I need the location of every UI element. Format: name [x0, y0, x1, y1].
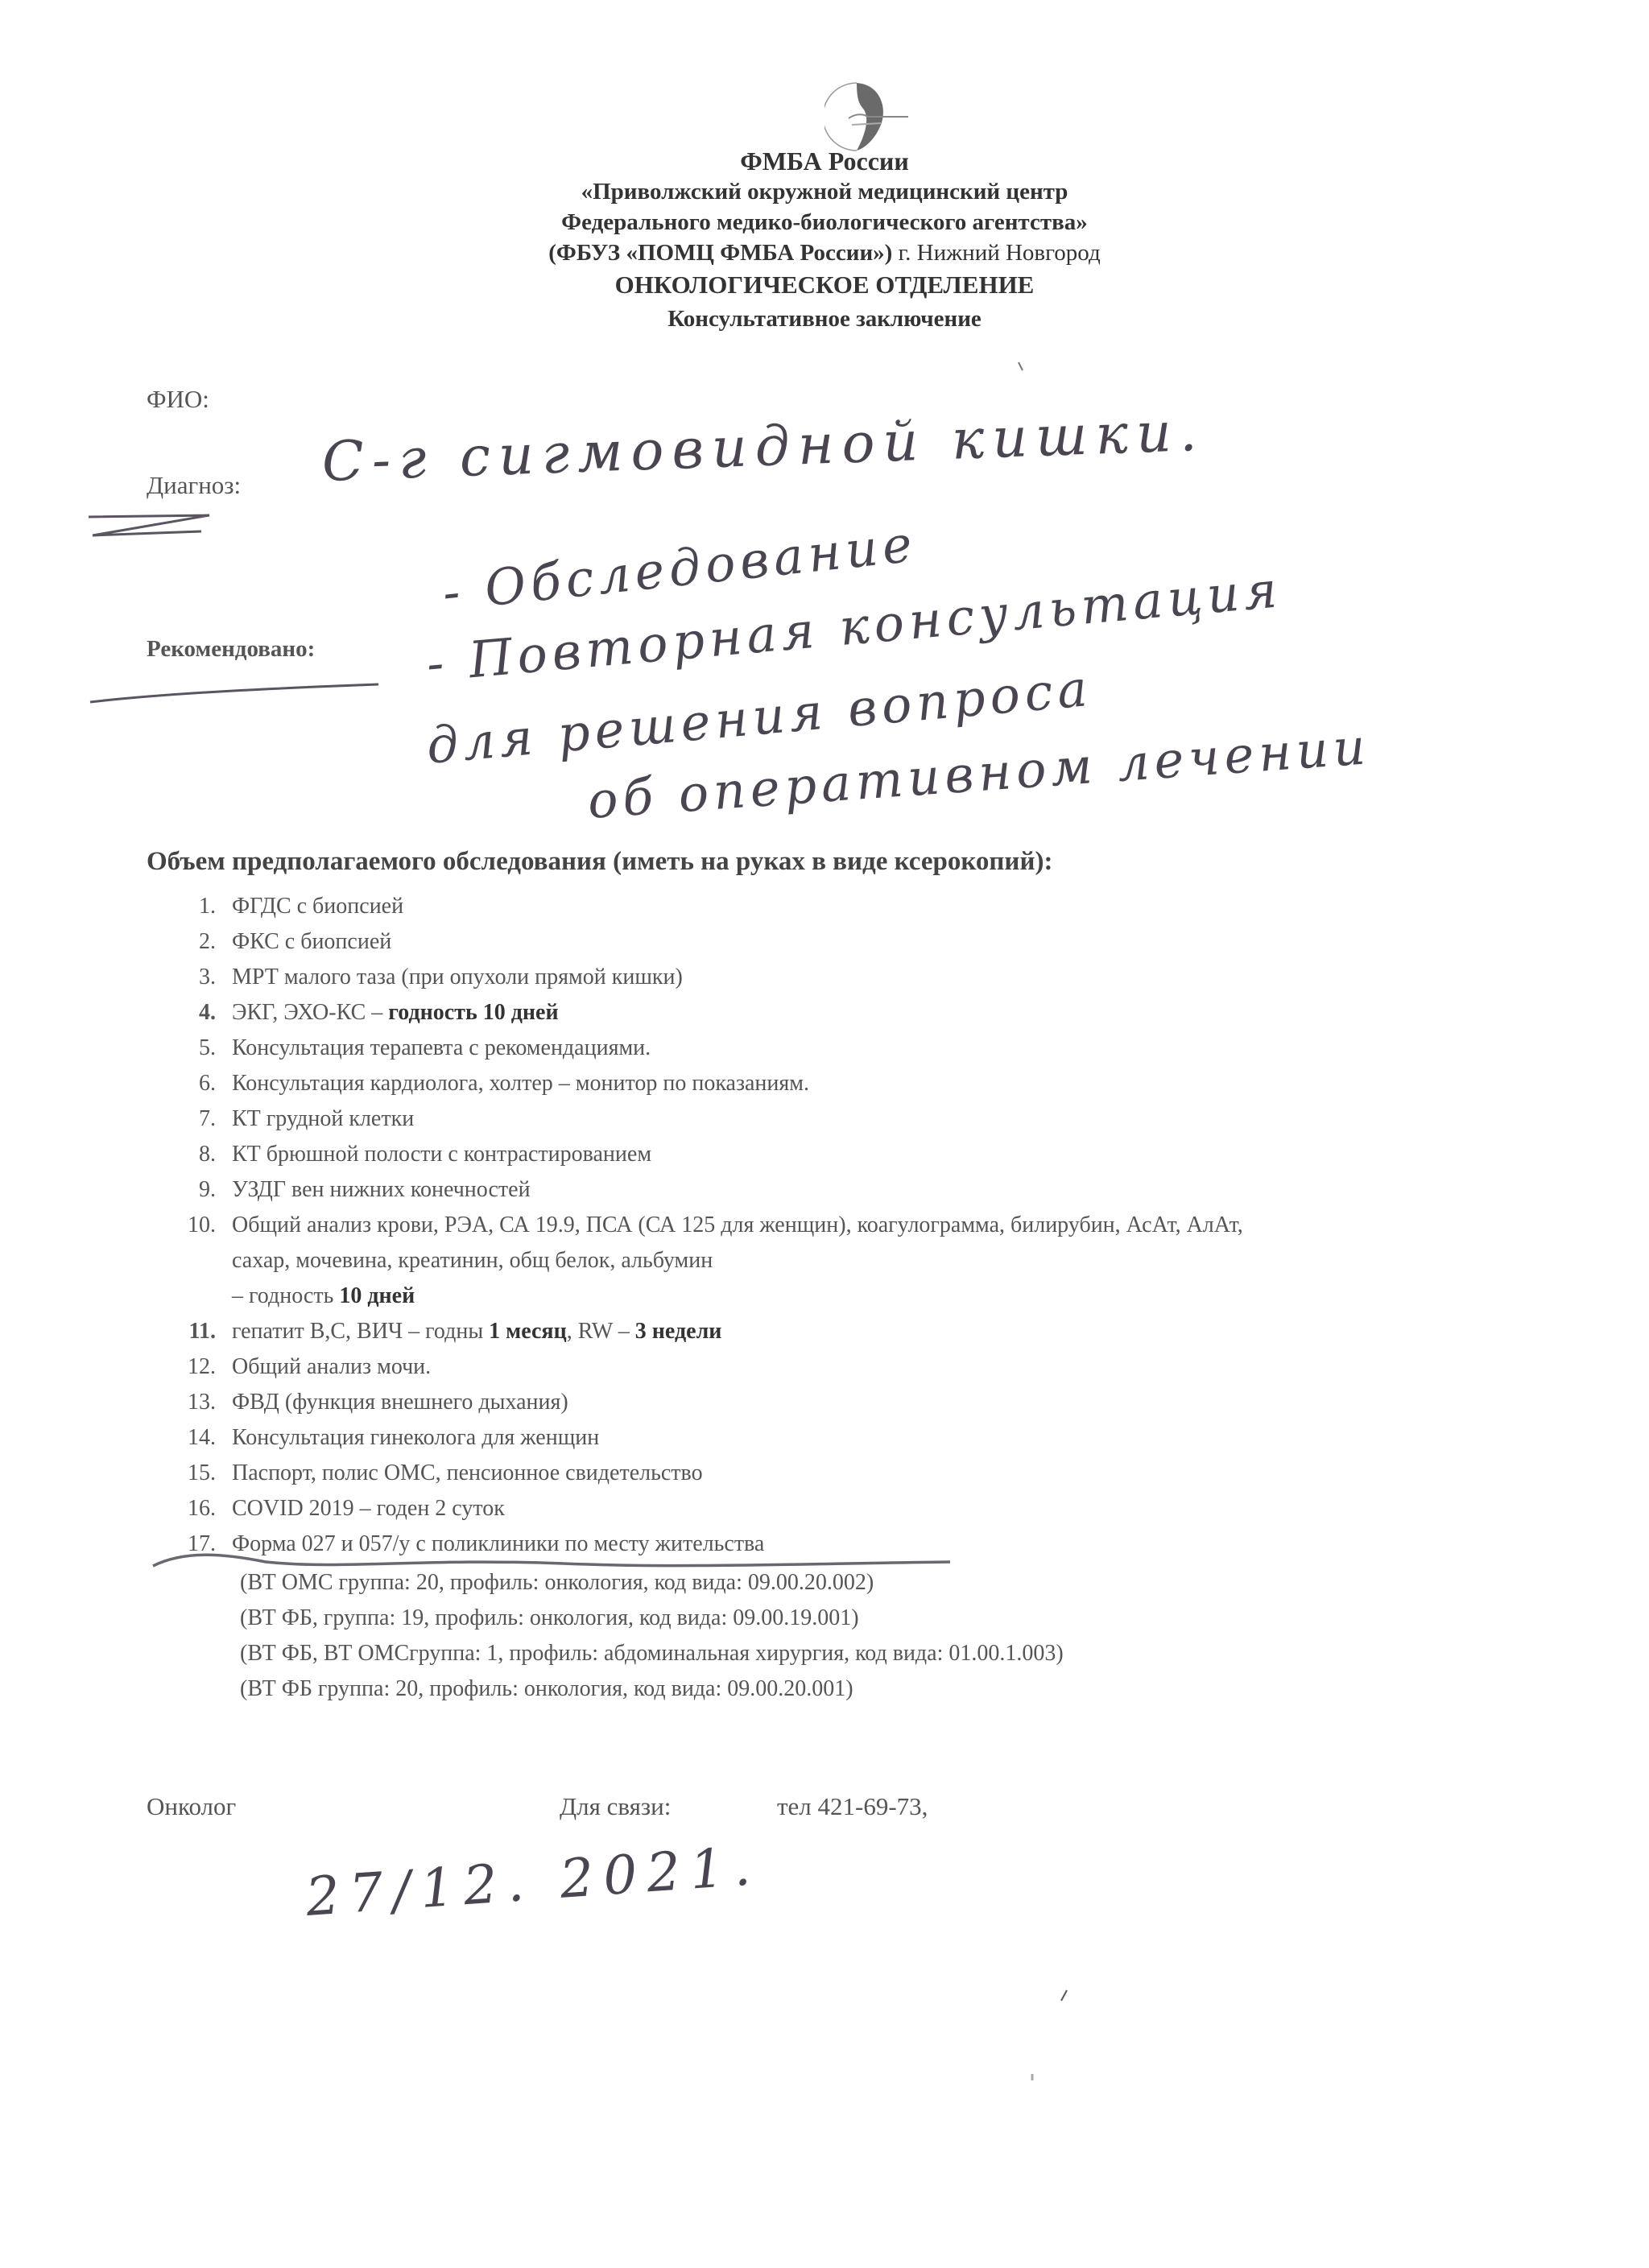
item-number: 9.: [169, 1172, 232, 1208]
fio-label: ФИО:: [147, 385, 209, 414]
item-text: Консультация терапевта с рекомендациями.: [232, 1031, 651, 1066]
item-text: сахар, мочевина, креатинин, общ белок, а…: [232, 1243, 713, 1279]
document-title: Консультативное заключение: [0, 306, 1649, 333]
organization-name: ФМБА России: [0, 147, 1649, 176]
examination-item: 2.ФКС с биопсией: [169, 924, 1554, 960]
item-number: 6.: [169, 1066, 232, 1101]
examination-item: 11.гепатит В,С, ВИЧ – годны 1 месяц, RW …: [169, 1314, 1554, 1349]
fmba-emblem-icon: [824, 76, 913, 157]
examination-item: 7.КТ грудной клетки: [169, 1101, 1554, 1137]
examination-item: 4.ЭКГ, ЭХО-КС – годность 10 дней: [169, 995, 1554, 1031]
item-text: Общий анализ мочи.: [232, 1349, 431, 1385]
stray-mark: [1019, 362, 1023, 370]
item-number: 7.: [169, 1101, 232, 1137]
examination-item: 3.МРТ малого таза (при опухоли прямой ки…: [169, 960, 1554, 995]
item-text: ФКС с биопсией: [232, 924, 391, 960]
center-name-line1: «Приволжский окружной медицинский центр: [0, 179, 1649, 205]
examination-item: 14.Консультация гинеколога для женщин: [169, 1420, 1554, 1456]
item-number: 12.: [169, 1349, 232, 1385]
vmp-code-line: (ВТ ФБ, группа: 19, профиль: онкология, …: [240, 1601, 1064, 1636]
center-name-line2: Федерального медико-биологического агент…: [0, 209, 1649, 236]
examination-title: Объем предполагаемого обследования (имет…: [147, 847, 1052, 877]
item-text: – годность 10 дней: [232, 1279, 415, 1314]
item-number: 8.: [169, 1137, 232, 1172]
examination-item: 16.COVID 2019 – годен 2 суток: [169, 1491, 1554, 1526]
examination-item: 15.Паспорт, полис ОМС, пенсионное свидет…: [169, 1456, 1554, 1491]
center-city: г. Нижний Новгород: [892, 240, 1100, 266]
recommended-label: Рекомендовано:: [147, 636, 315, 663]
item-text: Форма 027 и 057/у с поликлиники по месту…: [232, 1526, 764, 1562]
center-short-bold: (ФБУЗ «ПОМЦ ФМБА России»): [548, 240, 892, 266]
item-text: Паспорт, полис ОМС, пенсионное свидетель…: [232, 1456, 703, 1491]
diagnosis-label: Диагноз:: [147, 471, 241, 500]
diagnosis-handwritten: С-г сигмовидной кишки.: [321, 400, 1206, 494]
examination-item: 13.ФВД (функция внешнего дыхания): [169, 1385, 1554, 1420]
examination-item: сахар, мочевина, креатинин, общ белок, а…: [169, 1243, 1554, 1279]
item-number: 4.: [169, 995, 232, 1031]
item-text: ФВД (функция внешнего дыхания): [232, 1385, 568, 1420]
diagnosis-underline-mark: [89, 515, 209, 535]
item-number: 14.: [169, 1420, 232, 1456]
item-text: ФГДС с биопсией: [232, 889, 403, 924]
examination-item: 8.КТ брюшной полости с контрастированием: [169, 1137, 1554, 1172]
item-number: 5.: [169, 1031, 232, 1066]
item-text: УЗДГ вен нижних конечностей: [232, 1172, 531, 1208]
department-name: ОНКОЛОГИЧЕСКОЕ ОТДЕЛЕНИЕ: [0, 271, 1649, 300]
item-number: [169, 1279, 232, 1314]
item-text: МРТ малого таза (при опухоли прямой кишк…: [232, 960, 683, 995]
examination-item: 1.ФГДС с биопсией: [169, 889, 1554, 924]
examination-item: – годность 10 дней: [169, 1279, 1554, 1314]
examination-list: 1.ФГДС с биопсией2.ФКС с биопсией3.МРТ м…: [169, 889, 1554, 1562]
item-text: гепатит В,С, ВИЧ – годны 1 месяц, RW – 3…: [232, 1314, 721, 1349]
vmp-code-line: (ВТ ФБ группа: 20, профиль: онкология, к…: [240, 1671, 1064, 1707]
signer-role: Онколог: [147, 1792, 236, 1821]
examination-item: 6.Консультация кардиолога, холтер – мони…: [169, 1066, 1554, 1101]
center-short-name: (ФБУЗ «ПОМЦ ФМБА России») г. Нижний Новг…: [0, 240, 1649, 266]
contact-label: Для связи:: [560, 1792, 671, 1821]
item-number: 10.: [169, 1208, 232, 1243]
handwritten-date: 27/12. 2021.: [304, 1835, 762, 1928]
item-text: КТ брюшной полости с контрастированием: [232, 1137, 651, 1172]
item-text: Консультация кардиолога, холтер – монито…: [232, 1066, 809, 1101]
examination-item: 17.Форма 027 и 057/у с поликлиники по ме…: [169, 1526, 1554, 1562]
item-text: COVID 2019 – годен 2 суток: [232, 1491, 505, 1526]
contact-phone: тел 421-69-73,: [777, 1792, 928, 1821]
item-text: ЭКГ, ЭХО-КС – годность 10 дней: [232, 995, 559, 1031]
item-number: 16.: [169, 1491, 232, 1526]
item-number: 17.: [169, 1526, 232, 1562]
item-number: 3.: [169, 960, 232, 995]
item-number: 1.: [169, 889, 232, 924]
vmp-codes: (ВТ ОМС группа: 20, профиль: онкология, …: [240, 1565, 1064, 1707]
examination-item: 10.Общий анализ крови, РЭА, СА 19.9, ПСА…: [169, 1208, 1554, 1243]
item-number: 15.: [169, 1456, 232, 1491]
examination-item: 12.Общий анализ мочи.: [169, 1349, 1554, 1385]
stray-mark: [1061, 1990, 1067, 2001]
item-text: Консультация гинеколога для женщин: [232, 1420, 599, 1456]
item-number: [169, 1243, 232, 1279]
examination-item: 9.УЗДГ вен нижних конечностей: [169, 1172, 1554, 1208]
item-number: 2.: [169, 924, 232, 960]
recommended-underline-mark: [90, 684, 378, 702]
item-text: Общий анализ крови, РЭА, СА 19.9, ПСА (С…: [232, 1208, 1243, 1243]
item-number: 13.: [169, 1385, 232, 1420]
vmp-code-line: (ВТ ФБ, ВТ ОМСгруппа: 1, профиль: абдоми…: [240, 1636, 1064, 1671]
item-text: КТ грудной клетки: [232, 1101, 414, 1137]
vmp-code-line: (ВТ ОМС группа: 20, профиль: онкология, …: [240, 1565, 1064, 1601]
examination-item: 5.Консультация терапевта с рекомендациям…: [169, 1031, 1554, 1066]
item-number: 11.: [169, 1314, 232, 1349]
